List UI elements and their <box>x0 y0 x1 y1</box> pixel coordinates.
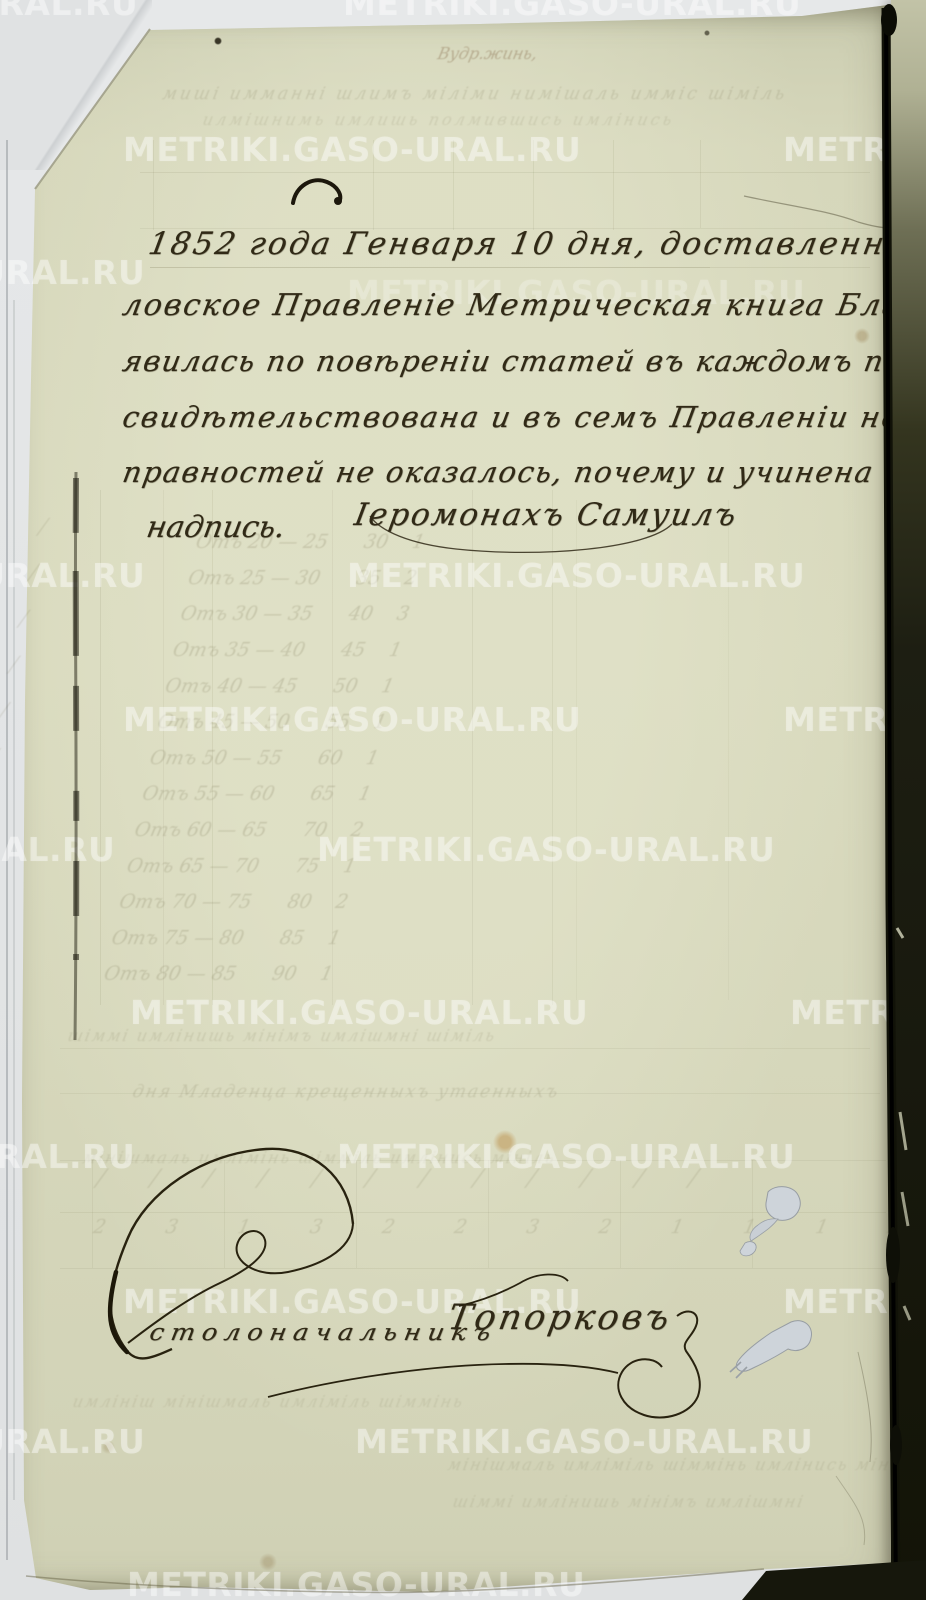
handwriting-line-6: надпись. <box>144 510 288 545</box>
book-gutter <box>891 0 926 1600</box>
under-page-edge <box>13 300 15 1500</box>
handwriting-line-4: свидѣтельствована и въ семъ Правленіи не… <box>120 400 926 434</box>
under-page-edge <box>6 140 8 1560</box>
handwriting-line-1: 1852 года Генваря 10 дня, доставленная в… <box>146 226 926 262</box>
hieromonk-signature: Іеромонахъ Самуилъ <box>352 497 741 533</box>
handwriting-line-2: ловское Правленіе Метрическая книга Благ… <box>120 288 926 323</box>
scanned-document-page: Вудр.жинь, миші имманні шлимъ міліми ним… <box>0 0 926 1600</box>
handwriting-line-5: правностей не оказалось, почему и учинен… <box>120 455 926 489</box>
clerk-name-signature: Топорковъ <box>445 1298 675 1338</box>
handwriting-line-3: явилась по повѣреніи статей въ каждомъ п… <box>120 344 926 378</box>
